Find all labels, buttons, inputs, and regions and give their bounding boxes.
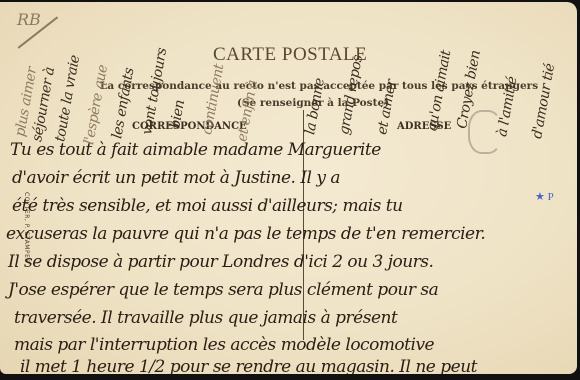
letter-line: d'avoir écrit un petit mot à Justine. Il…	[12, 168, 340, 188]
star-mark-icon: ★ P	[535, 190, 554, 203]
letter-line: Tu es tout à fait aimable madame Marguer…	[10, 140, 381, 160]
letter-line: mais par l'interruption les accès modèle…	[14, 335, 434, 355]
margin-text: grand repos	[336, 54, 366, 136]
margin-text: l'espère que	[81, 64, 111, 146]
letter-line: traversée. Il travaille plus que jamais …	[14, 308, 397, 328]
postcard-title: CARTE POSTALE	[213, 44, 367, 66]
postcard-back: RB CARTE POSTALE La correspondance au re…	[0, 2, 577, 374]
letter-line: excuseras la pauvre qui n'a pas le temps…	[6, 224, 485, 244]
letter-line: il met 1 heure 1/2 pour se rendre au mag…	[20, 357, 477, 374]
letter-line: Il se dispose à partir pour Londres d'ic…	[8, 252, 433, 272]
margin-text: toute la vraie	[52, 54, 83, 143]
letter-line: été très sensible, et moi aussi d'ailleu…	[12, 196, 403, 216]
margin-text: d'amour tié	[529, 62, 558, 140]
letter-line: J'ose espérer que le temps sera plus clé…	[8, 280, 438, 300]
corner-mark: RB	[17, 10, 41, 29]
